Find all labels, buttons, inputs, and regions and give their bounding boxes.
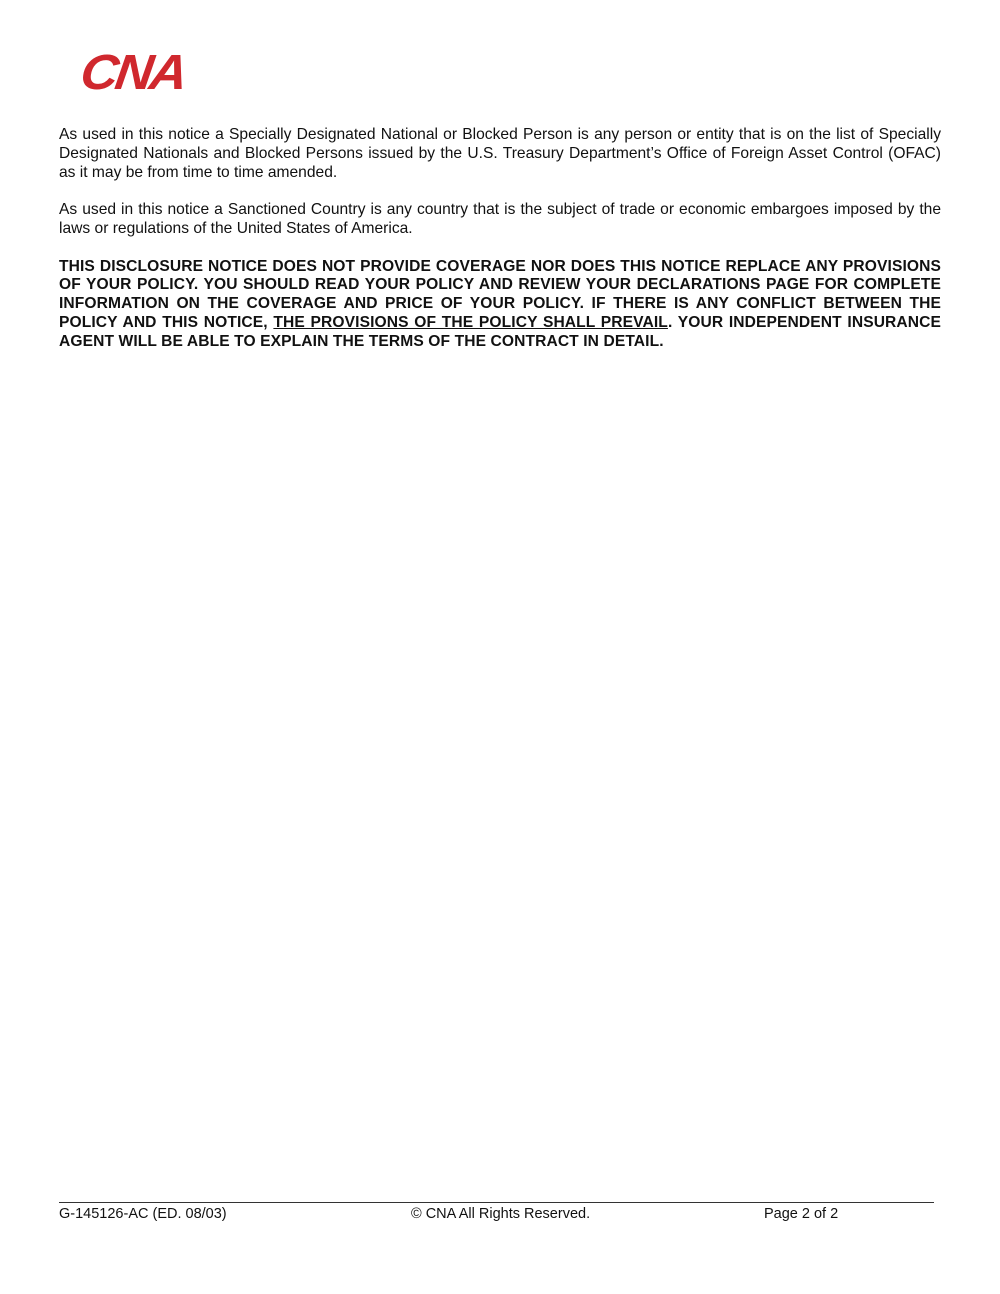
footer-divider <box>59 1202 934 1203</box>
form-number: G-145126-AC (ED. 08/03) <box>59 1205 227 1223</box>
cna-logo: CNA <box>84 52 216 96</box>
copyright-notice: © CNA All Rights Reserved. <box>411 1205 590 1223</box>
logo-text: CNA <box>78 52 188 94</box>
definition-sanctioned-country-paragraph: As used in this notice a Sanctioned Coun… <box>59 201 941 239</box>
disclaimer-underlined-text: THE PROVISIONS OF THE POLICY SHALL PREVA… <box>273 314 668 331</box>
page-number: Page 2 of 2 <box>764 1205 838 1223</box>
disclaimer-paragraph: THIS DISCLOSURE NOTICE DOES NOT PROVIDE … <box>59 258 941 352</box>
document-body: As used in this notice a Specially Desig… <box>59 126 941 370</box>
definition-sdn-paragraph: As used in this notice a Specially Desig… <box>59 126 941 182</box>
